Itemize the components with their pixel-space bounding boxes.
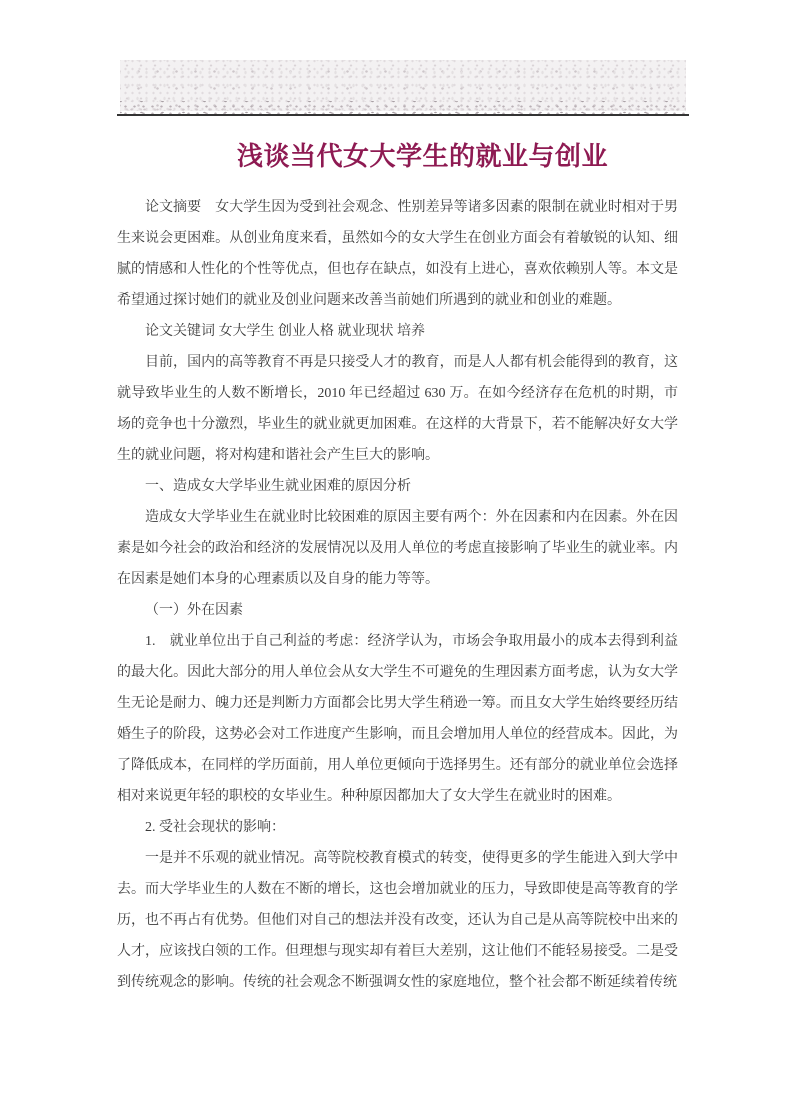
document-page: 浅谈当代女大学生的就业与创业 论文摘要 女大学生因为受到社会观念、性别差异等诸多… [0, 0, 792, 1120]
page-title: 浅谈当代女大学生的就业与创业 [117, 140, 678, 172]
paragraph-keywords: 论文关键词 女大学生 创业人格 就业现状 培养 [117, 316, 678, 347]
paragraph-body: 造成女大学毕业生在就业时比较困难的原因主要有两个：外在因素和内在因素。外在因素是… [117, 502, 678, 595]
header-divider [117, 114, 689, 116]
paragraph-heading-3: 2. 受社会现状的影响： [117, 812, 678, 843]
paragraph-heading-1: 一、造成女大学毕业生就业困难的原因分析 [117, 471, 678, 502]
document-body: 论文摘要 女大学生因为受到社会观念、性别差异等诸多因素的限制在就业时相对于男生来… [117, 192, 678, 998]
paragraph-body: 一是并不乐观的就业情况。高等院校教育模式的转变，使得更多的学生能进入到大学中去。… [117, 843, 678, 998]
paragraph-abstract: 论文摘要 女大学生因为受到社会观念、性别差异等诸多因素的限制在就业时相对于男生来… [117, 192, 678, 316]
paragraph-heading-2: （一）外在因素 [117, 595, 678, 626]
paragraph-body: 目前，国内的高等教育不再是只接受人才的教育，而是人人都有机会能得到的教育，这就导… [117, 347, 678, 471]
paragraph-body: 1. 就业单位出于自己利益的考虑：经济学认为，市场会争取用最小的成本去得到利益的… [117, 626, 678, 812]
scanned-header-banner [120, 60, 686, 111]
